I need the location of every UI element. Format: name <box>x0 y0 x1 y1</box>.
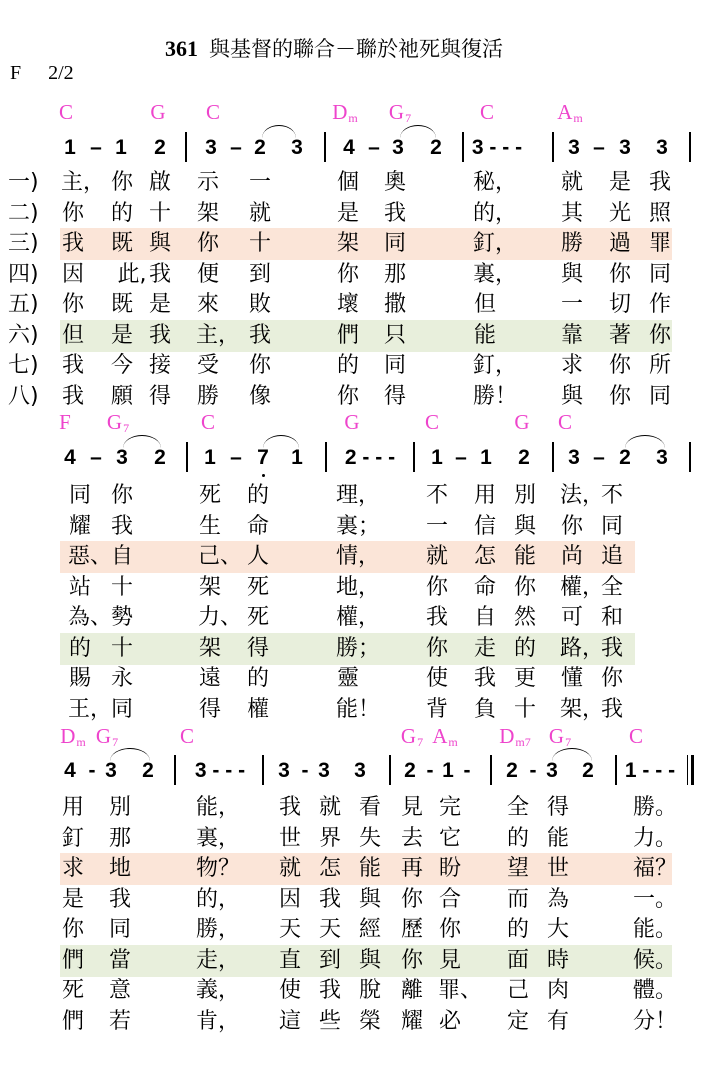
lyric-syllable: 歷 <box>401 915 423 945</box>
lyric-syllable: 能 <box>359 854 381 884</box>
held-note: 1 - - - <box>625 759 675 783</box>
chord-symbol: C <box>629 724 643 749</box>
lyric-syllable: 不 <box>601 481 623 511</box>
lyric-syllable: 我 <box>149 260 171 290</box>
lyric-syllable: 力。 <box>633 824 677 854</box>
lyric-syllable: 別 <box>514 481 536 511</box>
lyric-syllable: 受 <box>197 351 219 381</box>
lyric-syllable: 完 <box>439 793 461 823</box>
chord-symbol: G7 <box>107 410 129 435</box>
lyric-syllable: 自 <box>474 603 496 633</box>
lyric-syllable: 力、 <box>198 603 242 633</box>
note: 3 <box>392 136 404 160</box>
lyric-syllable: 你 <box>62 290 84 320</box>
lyric-syllable: 願 <box>111 382 133 412</box>
hymn-title-text: 與基督的聯合－聯於祂死與復活 <box>209 37 503 61</box>
lyric-syllable: 架 <box>199 634 221 664</box>
note: 1 <box>291 446 303 470</box>
verse-number: 三) <box>8 229 39 259</box>
chord-symbol: Dm7 <box>499 724 531 749</box>
lyric-syllable: 死 <box>247 573 269 603</box>
lyric-syllable: 同 <box>384 351 406 381</box>
chord-symbol: Dm <box>332 100 358 125</box>
lyric-syllable: 此, <box>118 260 147 290</box>
lyric-syllable: 十 <box>149 199 171 229</box>
barline <box>462 132 464 162</box>
lyric-syllable: 與 <box>359 946 381 976</box>
lyric-syllable: 你 <box>62 915 84 945</box>
lower-octave-dot <box>262 474 265 477</box>
lyric-syllable: 所 <box>649 351 671 381</box>
chord-symbol: C <box>480 100 494 125</box>
note: 2 <box>154 446 166 470</box>
dash: – <box>230 136 242 160</box>
lyric-syllable: 能 <box>514 542 536 572</box>
note: 2 <box>582 759 594 783</box>
lyric-syllable: 耀 <box>401 1007 423 1037</box>
dash: – <box>593 446 605 470</box>
lyric-syllable: 我 <box>249 321 271 351</box>
chord-symbol: G7 <box>401 724 423 749</box>
lyric-syllable: 主， <box>196 321 240 351</box>
chord-symbol: C <box>59 100 73 125</box>
lyric-syllable: 罪、 <box>438 976 482 1006</box>
dash: – <box>368 136 380 160</box>
verse-number: 五) <box>8 290 39 320</box>
lyric-syllable: 永 <box>111 664 133 694</box>
note: 3 <box>205 136 217 160</box>
barline <box>185 132 187 162</box>
lyric-syllable: 我 <box>474 664 496 694</box>
lyric-syllable: 架 <box>199 573 221 603</box>
lyric-syllable: 死 <box>199 481 221 511</box>
lyric-syllable: 得 <box>384 382 406 412</box>
lyric-syllable: 那 <box>109 824 131 854</box>
dash: - <box>427 759 434 783</box>
lyric-syllable: 尚 <box>561 542 583 572</box>
lyric-syllable: 你 <box>337 260 359 290</box>
lyric-syllable: 世 <box>279 824 301 854</box>
barline <box>186 442 188 472</box>
chord-root: G <box>514 410 529 434</box>
lyric-syllable: 啟 <box>149 168 171 198</box>
chord-root: C <box>480 100 494 124</box>
dash: – <box>230 446 242 470</box>
hymn-title: 361 與基督的聯合－聯於祂死與復活 <box>165 33 503 63</box>
note: 2 <box>430 136 442 160</box>
lyric-syllable: 奧 <box>384 168 406 198</box>
lyric-syllable: 你 <box>337 382 359 412</box>
lyric-syllable: 著 <box>609 321 631 351</box>
lyric-syllable: 同 <box>384 229 406 259</box>
lyric-syllable: 同 <box>109 915 131 945</box>
chord-quality: 7 <box>123 421 129 435</box>
lyric-syllable: 我 <box>62 229 84 259</box>
lyric-syllable: 背 <box>426 695 448 725</box>
lyric-syllable: 命 <box>247 512 269 542</box>
lyric-syllable: 釘 <box>62 824 84 854</box>
dash: – <box>455 446 467 470</box>
note: 3 <box>354 759 366 783</box>
lyric-syllable: 去 <box>401 824 423 854</box>
lyric-syllable: 到 <box>319 946 341 976</box>
lyric-syllable: 離 <box>401 976 423 1006</box>
note: 3 <box>568 136 580 160</box>
chord-symbol: C <box>180 724 194 749</box>
lyric-syllable: 勝 <box>561 229 583 259</box>
lyric-syllable: 得 <box>149 382 171 412</box>
lyric-syllable: 能， <box>196 793 240 823</box>
lyric-syllable: 榮 <box>359 1007 381 1037</box>
hymn-number: 361 <box>165 36 198 61</box>
barline <box>615 755 617 785</box>
lyric-syllable: 怎 <box>319 854 341 884</box>
lyric-syllable: 信 <box>474 512 496 542</box>
lyric-syllable: 既 <box>111 290 133 320</box>
note: 2 <box>619 446 631 470</box>
lyric-syllable: 見 <box>401 793 423 823</box>
lyric-syllable: 候。 <box>633 946 677 976</box>
held-note: 3 - - - <box>472 136 522 160</box>
lyric-syllable: 己 <box>507 976 529 1006</box>
chord-symbol: Dm <box>60 724 86 749</box>
lyric-syllable: 再 <box>401 854 423 884</box>
lyric-syllable: 然 <box>514 603 536 633</box>
tie-slur <box>263 435 299 448</box>
lyric-syllable: 同 <box>649 382 671 412</box>
note: 3 <box>291 136 303 160</box>
lyric-syllable: 我 <box>149 321 171 351</box>
lyric-syllable: 世 <box>547 854 569 884</box>
barline <box>490 755 492 785</box>
lyric-syllable: 權， <box>336 603 380 633</box>
lyric-syllable: 更 <box>514 664 536 694</box>
lyric-syllable: 個 <box>337 168 359 198</box>
lyric-syllable: 能 <box>547 824 569 854</box>
note: 2 <box>142 759 154 783</box>
lyric-syllable: 你 <box>401 885 423 915</box>
lyric-syllable: 我 <box>601 695 623 725</box>
chord-symbol: G <box>514 410 529 435</box>
tie-slur <box>552 748 592 761</box>
lyric-syllable: 情， <box>336 542 380 572</box>
lyric-syllable: 遠 <box>199 664 221 694</box>
lyric-syllable: 接 <box>149 351 171 381</box>
lyric-syllable: 負 <box>474 695 496 725</box>
lyric-syllable: 勝。 <box>633 793 677 823</box>
lyric-syllable: 們 <box>62 946 84 976</box>
lyric-syllable: 這 <box>279 1007 301 1037</box>
lyric-syllable: 惡、 <box>68 542 112 572</box>
lyric-syllable: 你 <box>439 915 461 945</box>
note: 1 <box>442 759 454 783</box>
lyric-syllable: 體。 <box>633 976 677 1006</box>
note: 2 <box>254 136 266 160</box>
lyric-syllable: 勝！ <box>473 382 517 412</box>
chord-root: C <box>59 100 73 124</box>
chord-symbol: G7 <box>389 100 411 125</box>
lyric-syllable: 我 <box>62 382 84 412</box>
lyric-syllable: 我 <box>384 199 406 229</box>
lyric-syllable: 能。 <box>633 915 677 945</box>
note: 1 <box>64 136 76 160</box>
chord-symbol: G <box>344 410 359 435</box>
lyric-syllable: 為、 <box>68 603 112 633</box>
chord-root: C <box>180 724 194 748</box>
held-note: 2 - - - <box>345 446 395 470</box>
verse-number: 八) <box>8 382 39 412</box>
lyric-syllable: 只 <box>384 321 406 351</box>
note: 4 <box>343 136 355 160</box>
lyric-syllable: 見 <box>439 946 461 976</box>
lyric-syllable: 它 <box>439 824 461 854</box>
lyric-syllable: 今 <box>111 351 133 381</box>
lyric-syllable: 裏， <box>473 260 517 290</box>
note: 3 <box>546 759 558 783</box>
chord-symbol: G7 <box>549 724 571 749</box>
dash: - <box>464 759 471 783</box>
lyric-syllable: 命 <box>474 573 496 603</box>
chord-symbol: G7 <box>96 724 118 749</box>
lyric-syllable: 們 <box>337 321 359 351</box>
lyric-syllable: 能！ <box>336 695 380 725</box>
lyric-syllable: 作 <box>649 290 671 320</box>
note: 1 <box>204 446 216 470</box>
lyric-syllable: 我 <box>62 351 84 381</box>
lyric-syllable: 天 <box>279 915 301 945</box>
lyric-syllable: 用 <box>62 793 84 823</box>
note: 2 <box>506 759 518 783</box>
dash: – <box>593 136 605 160</box>
final-barline <box>687 755 694 785</box>
lyric-syllable: 十 <box>514 695 536 725</box>
lyric-syllable: 耀 <box>69 512 91 542</box>
lyric-syllable: 追 <box>601 542 623 572</box>
lyric-syllable: 全 <box>507 793 529 823</box>
lyric-syllable: 望 <box>507 854 529 884</box>
note: 3 <box>318 759 330 783</box>
lyric-syllable: 失 <box>359 824 381 854</box>
chord-symbol: Am <box>432 724 458 749</box>
time-signature: 2/2 <box>48 62 74 84</box>
lyric-syllable: 秘， <box>473 168 517 198</box>
note: 3 <box>656 136 668 160</box>
lyric-syllable: 勝 <box>197 382 219 412</box>
barline <box>262 755 264 785</box>
lyric-syllable: 勝， <box>196 915 240 945</box>
lyric-syllable: 死 <box>62 976 84 1006</box>
verse-number: 四) <box>8 260 39 290</box>
barline <box>689 132 691 162</box>
lyric-syllable: 懂 <box>561 664 583 694</box>
lyric-syllable: 王， <box>68 695 112 725</box>
chord-quality: m <box>348 111 357 125</box>
lyric-syllable: 裏； <box>336 512 380 542</box>
note: 3 <box>278 759 290 783</box>
note: 3 <box>568 446 580 470</box>
lyric-syllable: 時 <box>547 946 569 976</box>
lyric-syllable: 就 <box>279 854 301 884</box>
chord-root: D <box>60 724 75 748</box>
lyric-syllable: 我 <box>601 634 623 664</box>
lyric-syllable: 我 <box>426 603 448 633</box>
chord-quality: m7 <box>515 735 530 749</box>
chord-root: D <box>332 100 347 124</box>
chord-quality: 7 <box>565 735 571 749</box>
chord-quality: 7 <box>112 735 118 749</box>
lyric-syllable: 十 <box>111 634 133 664</box>
lyric-syllable: 定 <box>507 1007 529 1037</box>
lyric-syllable: 有 <box>547 1007 569 1037</box>
lyric-syllable: 你 <box>601 664 623 694</box>
lyric-syllable: 我 <box>649 168 671 198</box>
lyric-syllable: 就 <box>426 542 448 572</box>
lyric-syllable: 勢 <box>111 603 133 633</box>
key-signature: F <box>10 62 21 84</box>
dash: – <box>90 446 102 470</box>
lyric-syllable: 是 <box>111 321 133 351</box>
chord-quality: 7 <box>405 111 411 125</box>
lyric-syllable: 大 <box>547 915 569 945</box>
chord-root: G <box>549 724 564 748</box>
lyric-syllable: 法， <box>560 481 604 511</box>
lyric-syllable: 示 <box>197 168 219 198</box>
lyric-syllable: 就 <box>561 168 583 198</box>
tie-slur <box>123 435 161 448</box>
chord-quality: m <box>448 735 457 749</box>
barline <box>324 132 326 162</box>
lyric-syllable: 的 <box>514 634 536 664</box>
lyric-syllable: 的 <box>337 351 359 381</box>
lyric-syllable: 的 <box>247 664 269 694</box>
lyric-syllable: 天 <box>319 915 341 945</box>
note: 7 <box>257 446 269 470</box>
lyric-syllable: 你 <box>426 573 448 603</box>
lyric-syllable: 其 <box>561 199 583 229</box>
note: 2 <box>154 136 166 160</box>
lyric-syllable: 與 <box>359 885 381 915</box>
lyric-syllable: 盼 <box>439 854 461 884</box>
chord-symbol: G <box>150 100 165 125</box>
lyric-syllable: 地 <box>109 854 131 884</box>
lyric-syllable: 是 <box>62 885 84 915</box>
note: 1 <box>480 446 492 470</box>
lyric-syllable: 和 <box>601 603 623 633</box>
lyric-syllable: 走， <box>196 946 240 976</box>
lyric-syllable: 肯， <box>196 1007 240 1037</box>
lyric-syllable: 義， <box>196 976 240 1006</box>
chord-root: A <box>557 100 572 124</box>
chord-root: D <box>499 724 514 748</box>
lyric-syllable: 靠 <box>561 321 583 351</box>
lyric-syllable: 求 <box>561 351 583 381</box>
lyric-syllable: 使 <box>426 664 448 694</box>
chord-symbol: F <box>59 410 71 435</box>
held-note: 3 - - - <box>195 759 245 783</box>
lyric-syllable: 可 <box>561 603 583 633</box>
tie-slur <box>110 748 150 761</box>
lyric-syllable: 的， <box>473 199 517 229</box>
dash: – <box>90 136 102 160</box>
dash: - <box>302 759 309 783</box>
lyric-syllable: 當 <box>109 946 131 976</box>
chord-root: G <box>344 410 359 434</box>
lyric-syllable: 全 <box>601 573 623 603</box>
lyric-syllable: 照 <box>649 199 671 229</box>
chord-root: G <box>150 100 165 124</box>
lyric-syllable: 而 <box>507 885 529 915</box>
key-time-signature: F 2/2 <box>10 62 96 85</box>
dash: - <box>530 759 537 783</box>
barline <box>174 755 176 785</box>
lyric-syllable: 主， <box>61 168 105 198</box>
barline <box>689 442 691 472</box>
chord-quality: m <box>76 735 85 749</box>
lyric-syllable: 界 <box>319 824 341 854</box>
lyric-syllable: 你 <box>649 321 671 351</box>
note: 1 <box>115 136 127 160</box>
chord-root: G <box>107 410 122 434</box>
lyric-syllable: 別 <box>109 793 131 823</box>
verse-number: 六) <box>8 321 39 351</box>
barline <box>325 442 327 472</box>
lyric-syllable: 一 <box>249 168 271 198</box>
lyric-syllable: 切 <box>609 290 631 320</box>
lyric-syllable: 一 <box>426 512 448 542</box>
lyric-syllable: 你 <box>609 351 631 381</box>
lyric-syllable: 便 <box>197 260 219 290</box>
lyric-syllable: 們 <box>62 1007 84 1037</box>
lyric-syllable: 架 <box>197 199 219 229</box>
verse-number: 一) <box>8 168 39 198</box>
lyric-syllable: 不 <box>426 481 448 511</box>
lyric-syllable: 分！ <box>633 1007 677 1037</box>
lyric-syllable: 到 <box>249 260 271 290</box>
lyric-syllable: 像 <box>249 382 271 412</box>
lyric-syllable: 物？ <box>196 854 240 884</box>
note: 4 <box>64 446 76 470</box>
lyric-syllable: 合 <box>439 885 461 915</box>
lyric-syllable: 的 <box>507 915 529 945</box>
chord-root: C <box>629 724 643 748</box>
lyric-syllable: 十 <box>111 573 133 603</box>
chord-root: G <box>401 724 416 748</box>
lyric-syllable: 架 <box>337 229 359 259</box>
chord-root: C <box>201 410 215 434</box>
lyric-syllable: 同 <box>69 481 91 511</box>
lyric-syllable: 經 <box>359 915 381 945</box>
lyric-syllable: 你 <box>426 634 448 664</box>
lyric-syllable: 己、 <box>198 542 242 572</box>
lyric-syllable: 你 <box>561 512 583 542</box>
lyric-syllable: 我 <box>279 793 301 823</box>
lyric-syllable: 求 <box>62 854 84 884</box>
lyric-syllable: 來 <box>197 290 219 320</box>
lyric-syllable: 生 <box>199 512 221 542</box>
lyric-syllable: 怎 <box>474 542 496 572</box>
chord-symbol: Am <box>557 100 583 125</box>
lyric-syllable: 釘， <box>473 229 517 259</box>
lyric-syllable: 與 <box>561 260 583 290</box>
chord-root: C <box>425 410 439 434</box>
lyric-syllable: 的， <box>196 885 240 915</box>
note: 3 <box>116 446 128 470</box>
lyric-syllable: 同 <box>649 260 671 290</box>
chord-root: A <box>432 724 447 748</box>
lyric-syllable: 自 <box>111 542 133 572</box>
lyric-syllable: 壞 <box>337 290 359 320</box>
lyric-syllable: 是 <box>149 290 171 320</box>
